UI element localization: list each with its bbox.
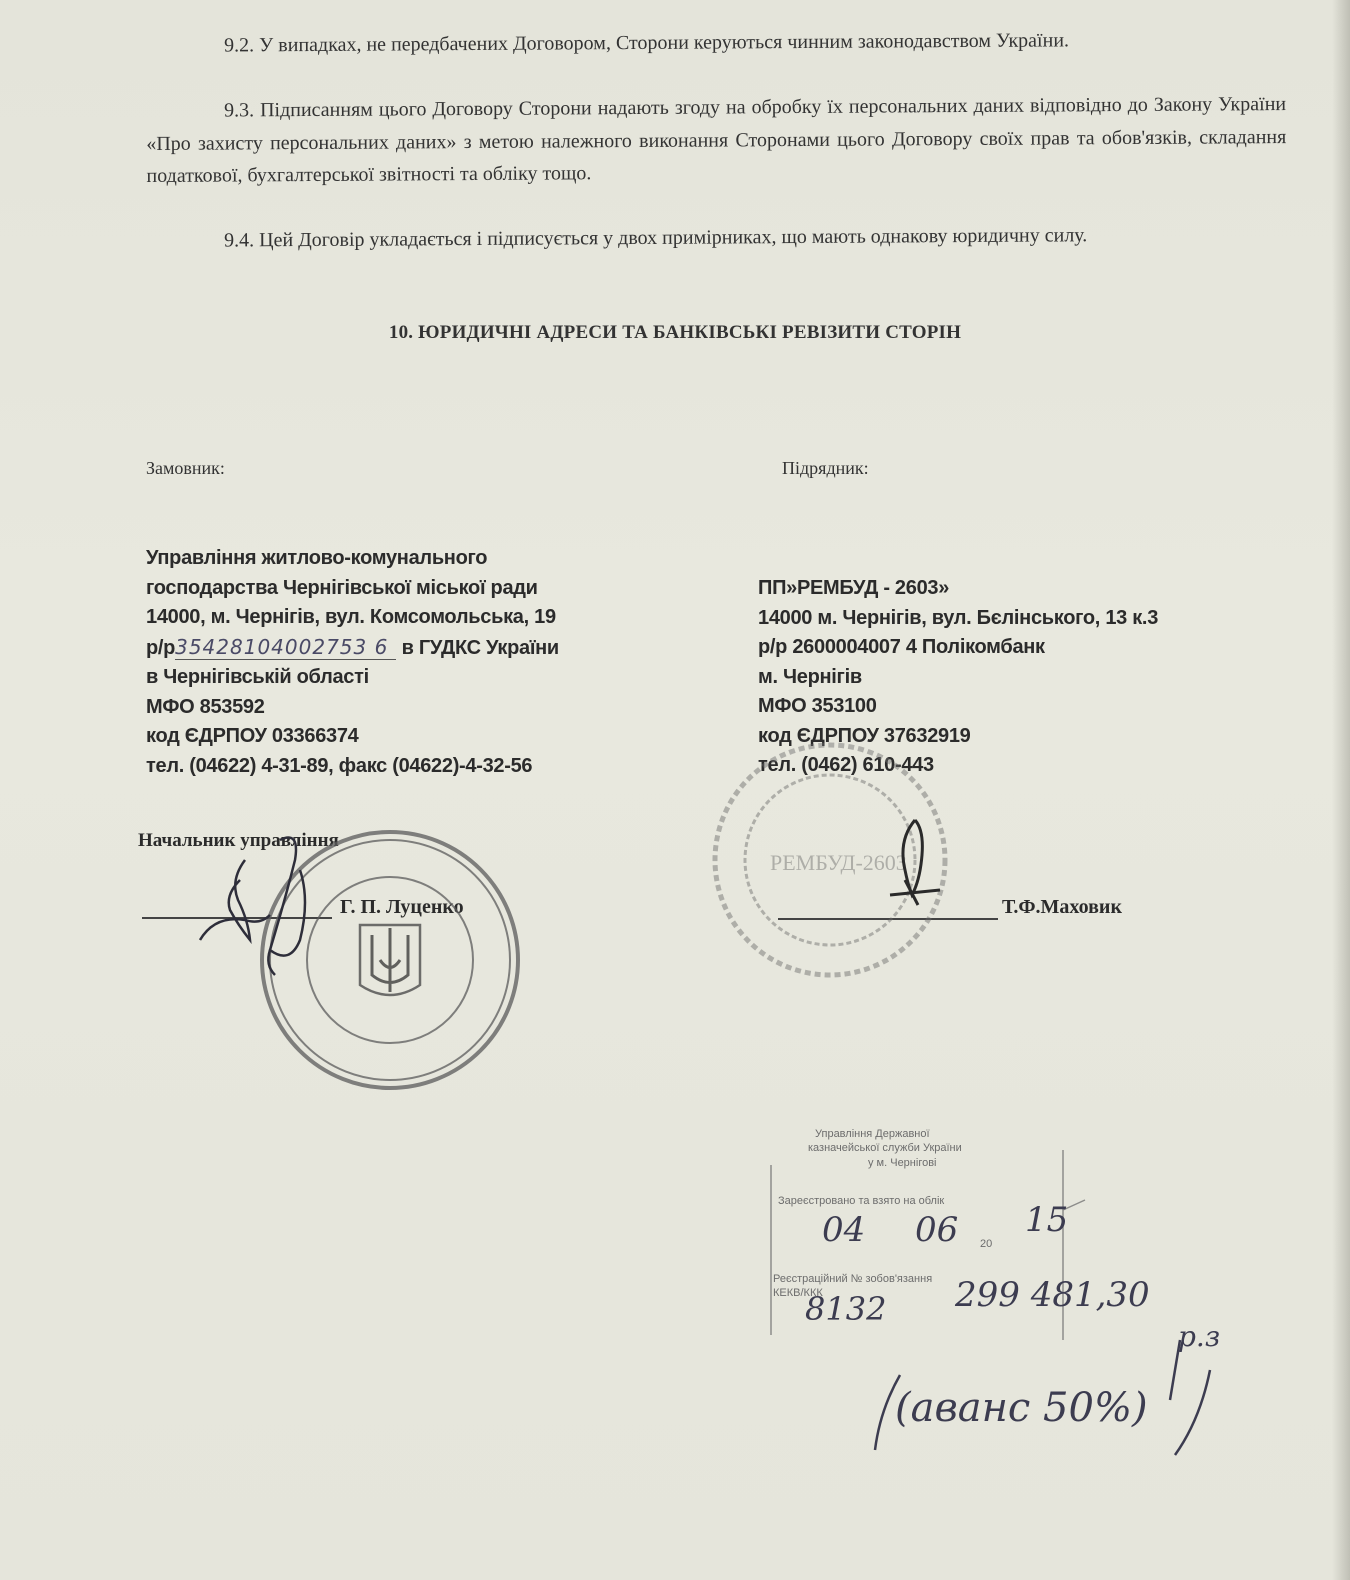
treasury-stamp-line3: у м. Чернігові bbox=[868, 1157, 937, 1169]
treasury-reg-label: Реєстраційний № зобов'язання bbox=[773, 1273, 932, 1285]
treasury-stamp-line1: Управління Державної bbox=[815, 1128, 930, 1140]
treasury-initials: р.з bbox=[1178, 1320, 1220, 1353]
contractor-seal-icon: РЕМБУД-2603 bbox=[715, 745, 945, 975]
customer-signature-icon bbox=[200, 838, 305, 976]
scanned-page: 9.2. У випадках, не передбачених Договор… bbox=[0, 0, 1350, 1580]
treasury-date-year-prefix: 20 bbox=[980, 1238, 992, 1250]
treasury-registered-label: Зареєстровано та взято на облік bbox=[778, 1195, 944, 1207]
treasury-note: (аванс 50%) bbox=[895, 1385, 1148, 1431]
treasury-amount: 299 481,30 bbox=[955, 1275, 1150, 1315]
treasury-kekv-value: 8132 bbox=[805, 1290, 886, 1328]
treasury-date-day: 04 bbox=[822, 1210, 865, 1250]
treasury-stamp-line2: казначейської служби України bbox=[808, 1142, 962, 1154]
treasury-date-year: 15 bbox=[1025, 1200, 1068, 1240]
svg-text:РЕМБУД-2603: РЕМБУД-2603 bbox=[770, 850, 907, 875]
treasury-date-month: 06 bbox=[915, 1210, 958, 1250]
stamps-and-signatures: РЕМБУД-2603 bbox=[0, 0, 1350, 1580]
